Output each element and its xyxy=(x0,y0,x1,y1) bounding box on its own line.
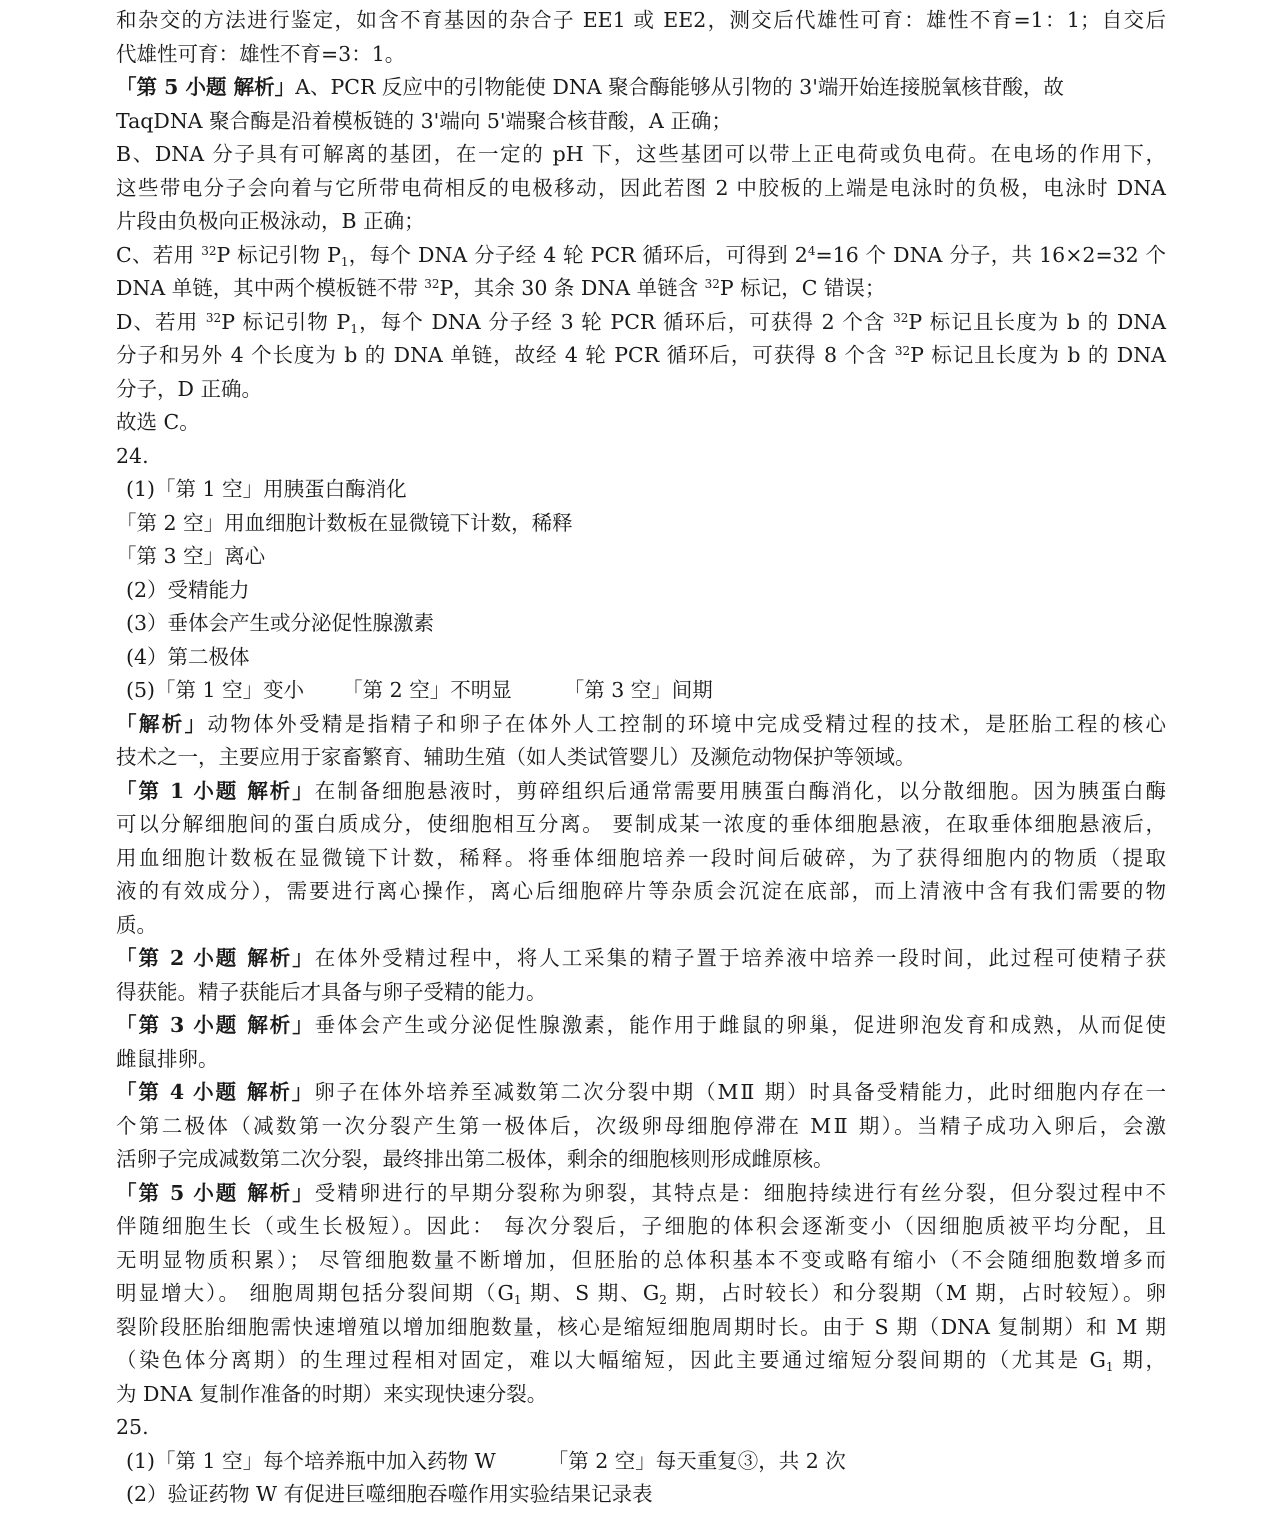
section-label: 「第 5 小题 解析」 xyxy=(116,1181,315,1205)
analysis-text: D、若用 32P 标记引物 P1，每个 DNA 分子经 3 轮 PCR 循环后，… xyxy=(116,310,1166,334)
q5-analysis-a-line: 「第 5 小题 解析」A、PCR 反应中的引物能使 DNA 聚合酶能够从引物的 … xyxy=(116,71,1166,105)
answer-text: (1)「第 1 空」用胰蛋白酶消化 xyxy=(126,477,407,501)
answer-line: 「第 2 空」用血细胞计数板在显微镜下计数，稀释 xyxy=(116,507,1166,541)
analysis-text: 受精卵进行的早期分裂称为卵裂，其特点是：细胞持续进行有丝分裂，但分裂过程中不 xyxy=(315,1181,1166,1205)
analysis-text: DNA 单链，其中两个模板链不带 32P，其余 30 条 DNA 单链含 32P… xyxy=(116,276,885,300)
answer-line: (1)「第 1 空」用胰蛋白酶消化 xyxy=(116,473,1166,507)
analysis-text: 在制备细胞悬液时，剪碎组织后通常需要用胰蛋白酶消化，以分散细胞。因为胰蛋白酶 xyxy=(315,779,1166,803)
answer-text: (4）第二极体 xyxy=(126,645,250,669)
analysis-text: B、DNA 分子具有可解离的基团，在一定的 pH 下，这些基团可以带上正电荷或负… xyxy=(116,142,1166,166)
text-line: D、若用 32P 标记引物 P1，每个 DNA 分子经 3 轮 PCR 循环后，… xyxy=(116,306,1166,340)
analysis-text: 伴随细胞生长（或生长极短）。因此： 每次分裂后，子细胞的体积会逐渐变小（因细胞质… xyxy=(116,1214,1166,1238)
answer-text: (2）验证药物 W 有促进巨噬细胞吞噬作用实验结果记录表 xyxy=(126,1482,653,1506)
text-line: DNA 单链，其中两个模板链不带 32P，其余 30 条 DNA 单链含 32P… xyxy=(116,272,1166,306)
question-number: 25. xyxy=(116,1411,1166,1445)
analysis-text: 这些带电分子会向着与它所带电荷相反的电极移动，因此若图 2 中胶板的上端是电泳时… xyxy=(116,176,1166,200)
answer-text: 「第 2 空」不明显 xyxy=(342,678,512,702)
analysis-text: 片段由负极向正极泳动，B 正确； xyxy=(116,209,425,233)
section-label: 「第 4 小题 解析」 xyxy=(116,1080,314,1104)
analysis-text: 动物体外受精是指精子和卵子在体外人工控制的环境中完成受精过程的技术，是胚胎工程的… xyxy=(208,712,1167,736)
answer-text: 「第 2 空」用血细胞计数板在显微镜下计数，稀释 xyxy=(116,511,573,535)
text-line: 得获能。精子获能后才具备与卵子受精的能力。 xyxy=(116,976,1166,1010)
conclusion-text: 故选 C。 xyxy=(116,410,200,434)
answer-text: (3）垂体会产生或分泌促性腺激素 xyxy=(126,611,434,635)
text-line: 雌鼠排卵。 xyxy=(116,1043,1166,1077)
answer-line: (2）验证药物 W 有促进巨噬细胞吞噬作用实验结果记录表 xyxy=(116,1478,1166,1512)
question-number: 24. xyxy=(116,440,1166,474)
answer-text: (2）受精能力 xyxy=(126,578,250,602)
analysis-text: 个第二极体（减数第一次分裂产生第一极体后，次级卵母细胞停滞在 MⅡ 期）。当精子… xyxy=(116,1114,1166,1138)
analysis-text: 无明显物质积累）； 尽管细胞数量不断增加，但胚胎的总体积基本不变或略有缩小（不会… xyxy=(116,1248,1166,1272)
intro-text: 和杂交的方法进行鉴定，如含不育基因的杂合子 EE1 或 EE2，测交后代雄性可育… xyxy=(116,8,1166,32)
text-line: 裂阶段胚胎细胞需快速增殖以增加细胞数量，核心是缩短细胞周期时长。由于 S 期（D… xyxy=(116,1311,1166,1345)
answer-line: (1)「第 1 空」每个培养瓶中加入药物 W「第 2 空」每天重复③，共 2 次 xyxy=(116,1445,1166,1479)
text-line: 个第二极体（减数第一次分裂产生第一极体后，次级卵母细胞停滞在 MⅡ 期）。当精子… xyxy=(116,1110,1166,1144)
answer-line: (2）受精能力 xyxy=(116,574,1166,608)
answer-line: (3）垂体会产生或分泌促性腺激素 xyxy=(116,607,1166,641)
analysis-line: 「解析」动物体外受精是指精子和卵子在体外人工控制的环境中完成受精过程的技术，是胚… xyxy=(116,708,1166,742)
answer-text: 「第 3 空」间期 xyxy=(564,678,713,702)
section-label: 「第 5 小题 解析」 xyxy=(116,75,295,99)
text-line: 片段由负极向正极泳动，B 正确； xyxy=(116,205,1166,239)
section-label: 「第 2 小题 解析」 xyxy=(116,946,315,970)
analysis-text: 明显增大）。 细胞周期包括分裂间期（G1 期、S 期、G2 期，占时较长）和分裂… xyxy=(116,1281,1166,1305)
conclusion: 故选 C。 xyxy=(116,406,1166,440)
analysis-text: 得获能。精子获能后才具备与卵子受精的能力。 xyxy=(116,980,547,1004)
analysis-text: C、若用 32P 标记引物 P1，每个 DNA 分子经 4 轮 PCR 循环后，… xyxy=(116,243,1166,267)
analysis-text: （染色体分离期）的生理过程相对固定，难以大幅缩短，因此主要通过缩短分裂间期的（尤… xyxy=(116,1348,1166,1372)
text-line: 无明显物质积累）； 尽管细胞数量不断增加，但胚胎的总体积基本不变或略有缩小（不会… xyxy=(116,1244,1166,1278)
analysis-text: 裂阶段胚胎细胞需快速增殖以增加细胞数量，核心是缩短细胞周期时长。由于 S 期（D… xyxy=(116,1315,1166,1339)
text-line: 液的有效成分），需要进行离心操作，离心后细胞碎片等杂质会沉淀在底部，而上清液中含… xyxy=(116,875,1166,909)
analysis-text: 用血细胞计数板在显微镜下计数，稀释。将垂体细胞培养一段时间后破碎，为了获得细胞内… xyxy=(116,846,1166,870)
text-line: 活卵子完成减数第二次分裂，最终排出第二极体，剩余的细胞核则形成雌原核。 xyxy=(116,1143,1166,1177)
answer-text: 「第 3 空」离心 xyxy=(116,544,265,568)
analysis-text: 分子和另外 4 个长度为 b 的 DNA 单链，故经 4 轮 PCR 循环后，可… xyxy=(116,343,1166,367)
answer-text: 「第 2 空」每天重复③，共 2 次 xyxy=(548,1449,846,1473)
answer-text: (1)「第 1 空」每个培养瓶中加入药物 W xyxy=(126,1449,496,1473)
section-label: 「第 3 小题 解析」 xyxy=(116,1013,315,1037)
text-line: 明显增大）。 细胞周期包括分裂间期（G1 期、S 期、G2 期，占时较长）和分裂… xyxy=(116,1277,1166,1311)
answer-text: (5)「第 1 空」变小 xyxy=(126,678,304,702)
analysis-line: 「第 2 小题 解析」在体外受精过程中，将人工采集的精子置于培养液中培养一段时间… xyxy=(116,942,1166,976)
text-line: 分子，D 正确。 xyxy=(116,373,1166,407)
answer-line: (4）第二极体 xyxy=(116,641,1166,675)
analysis-line: 「第 1 小题 解析」在制备细胞悬液时，剪碎组织后通常需要用胰蛋白酶消化，以分散… xyxy=(116,775,1166,809)
analysis-text: 雌鼠排卵。 xyxy=(116,1047,219,1071)
section-label: 「解析」 xyxy=(116,712,208,736)
intro-text: 代雄性可育：雄性不育=3：1。 xyxy=(116,42,405,66)
question-25-number: 25. xyxy=(116,1415,149,1439)
analysis-line: 「第 5 小题 解析」受精卵进行的早期分裂称为卵裂，其特点是：细胞持续进行有丝分… xyxy=(116,1177,1166,1211)
text-line: 伴随细胞生长（或生长极短）。因此： 每次分裂后，子细胞的体积会逐渐变小（因细胞质… xyxy=(116,1210,1166,1244)
analysis-text: 质。 xyxy=(116,913,157,937)
text-line: 为 DNA 复制作准备的时期）来实现快速分裂。 xyxy=(116,1378,1166,1412)
text-line: 代雄性可育：雄性不育=3：1。 xyxy=(116,38,1166,72)
text-line: （染色体分离期）的生理过程相对固定，难以大幅缩短，因此主要通过缩短分裂间期的（尤… xyxy=(116,1344,1166,1378)
text-line: 质。 xyxy=(116,909,1166,943)
answer-line: 「第 3 空」离心 xyxy=(116,540,1166,574)
analysis-line: 「第 3 小题 解析」垂体会产生或分泌促性腺激素，能作用于雌鼠的卵巢，促进卵泡发… xyxy=(116,1009,1166,1043)
question-24-number: 24. xyxy=(116,444,149,468)
text-line: 用血细胞计数板在显微镜下计数，稀释。将垂体细胞培养一段时间后破碎，为了获得细胞内… xyxy=(116,842,1166,876)
analysis-text: 为 DNA 复制作准备的时期）来实现快速分裂。 xyxy=(116,1382,547,1406)
analysis-text: 卵子在体外培养至减数第二次分裂中期（MⅡ 期）时具备受精能力，此时细胞内存在一 xyxy=(314,1080,1166,1104)
analysis-line: 「第 4 小题 解析」卵子在体外培养至减数第二次分裂中期（MⅡ 期）时具备受精能… xyxy=(116,1076,1166,1110)
answer-line: (5)「第 1 空」变小「第 2 空」不明显「第 3 空」间期 xyxy=(116,674,1166,708)
text-line: 可以分解细胞间的蛋白质成分，使细胞相互分离。 要制成某一浓度的垂体细胞悬液，在取… xyxy=(116,808,1166,842)
analysis-text: 分子，D 正确。 xyxy=(116,377,262,401)
analysis-text: 活卵子完成减数第二次分裂，最终排出第二极体，剩余的细胞核则形成雌原核。 xyxy=(116,1147,834,1171)
text-line: 分子和另外 4 个长度为 b 的 DNA 单链，故经 4 轮 PCR 循环后，可… xyxy=(116,339,1166,373)
analysis-text: 在体外受精过程中，将人工采集的精子置于培养液中培养一段时间，此过程可使精子获 xyxy=(315,946,1166,970)
analysis-text: A、PCR 反应中的引物能使 DNA 聚合酶能够从引物的 3'端开始连接脱氧核苷… xyxy=(295,75,1064,99)
analysis-text: 垂体会产生或分泌促性腺激素，能作用于雌鼠的卵巢，促进卵泡发育和成熟，从而促使 xyxy=(315,1013,1166,1037)
text-line: 技术之一，主要应用于家畜繁育、辅助生殖（如人类试管婴儿）及濒危动物保护等领域。 xyxy=(116,741,1166,775)
analysis-text: TaqDNA 聚合酶是沿着模板链的 3'端向 5'端聚合核苷酸，A 正确； xyxy=(116,109,732,133)
text-line: C、若用 32P 标记引物 P1，每个 DNA 分子经 4 轮 PCR 循环后，… xyxy=(116,239,1166,273)
text-line: 和杂交的方法进行鉴定，如含不育基因的杂合子 EE1 或 EE2，测交后代雄性可育… xyxy=(116,4,1166,38)
document-page: 和杂交的方法进行鉴定，如含不育基因的杂合子 EE1 或 EE2，测交后代雄性可育… xyxy=(116,4,1166,1512)
text-line: TaqDNA 聚合酶是沿着模板链的 3'端向 5'端聚合核苷酸，A 正确； xyxy=(116,105,1166,139)
text-line: B、DNA 分子具有可解离的基团，在一定的 pH 下，这些基团可以带上正电荷或负… xyxy=(116,138,1166,172)
analysis-text: 液的有效成分），需要进行离心操作，离心后细胞碎片等杂质会沉淀在底部，而上清液中含… xyxy=(116,879,1166,903)
section-label: 「第 1 小题 解析」 xyxy=(116,779,315,803)
analysis-text: 可以分解细胞间的蛋白质成分，使细胞相互分离。 要制成某一浓度的垂体细胞悬液，在取… xyxy=(116,812,1166,836)
text-line: 这些带电分子会向着与它所带电荷相反的电极移动，因此若图 2 中胶板的上端是电泳时… xyxy=(116,172,1166,206)
analysis-text: 技术之一，主要应用于家畜繁育、辅助生殖（如人类试管婴儿）及濒危动物保护等领域。 xyxy=(116,745,916,769)
